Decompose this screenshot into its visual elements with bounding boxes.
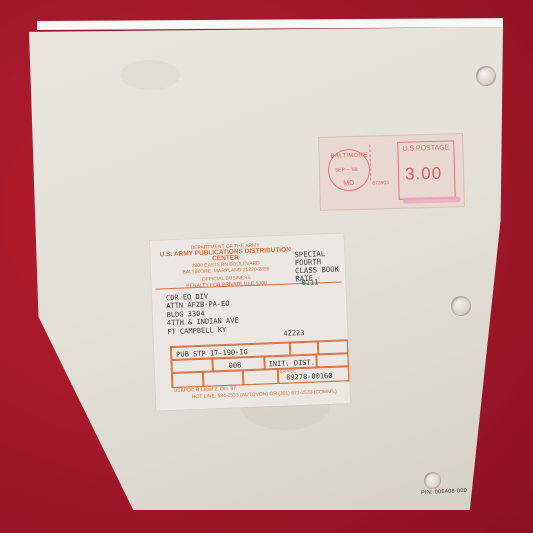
distribution-form: PUB STP 17-190-IG 008 INIT. DIST. BAPFOC…	[170, 339, 349, 388]
mailing-label: DEPARTMENT OF THE ARMY U.S. ARMY PUBLICA…	[150, 233, 350, 410]
binder-hole-top	[476, 66, 496, 86]
bapfoc-cell: BAPFOC 89278-00160	[277, 365, 350, 384]
postmark-circle: BALTIMORE SEP -- '88 MD	[327, 149, 370, 192]
routing-code: 0111	[301, 278, 318, 287]
postage-label: U.S.POSTAGE	[402, 144, 449, 152]
meter-number: 873903	[372, 180, 389, 186]
eagle-icon	[369, 144, 393, 181]
zip-code: 42223	[283, 329, 304, 338]
postmark-state: MD	[343, 180, 354, 187]
address-line: FT CAMPBELL KY	[167, 325, 239, 336]
postmark-city: BALTIMORE	[330, 153, 367, 160]
form-cell	[172, 371, 205, 388]
binder-hole-middle	[451, 296, 471, 316]
postage-meter-stamp: BALTIMORE SEP -- '88 MD 873903 U.S.POSTA…	[318, 133, 465, 211]
postage-value-box: U.S.POSTAGE 3.00	[397, 140, 455, 199]
ink-smear	[403, 196, 461, 204]
form-cell	[202, 369, 245, 387]
recipient-address: CDR EO DIV ATTN AFZB-PA-EO BLDG 3304 4TT…	[166, 291, 239, 336]
form-cell	[242, 368, 280, 385]
postmark-date: SEP -- '88	[335, 167, 358, 174]
bapfoc-value: 89278-00160	[286, 372, 333, 382]
cover-smudge	[120, 60, 180, 90]
postage-amount: 3.00	[405, 164, 443, 185]
binder-hole-bottom	[424, 472, 441, 489]
